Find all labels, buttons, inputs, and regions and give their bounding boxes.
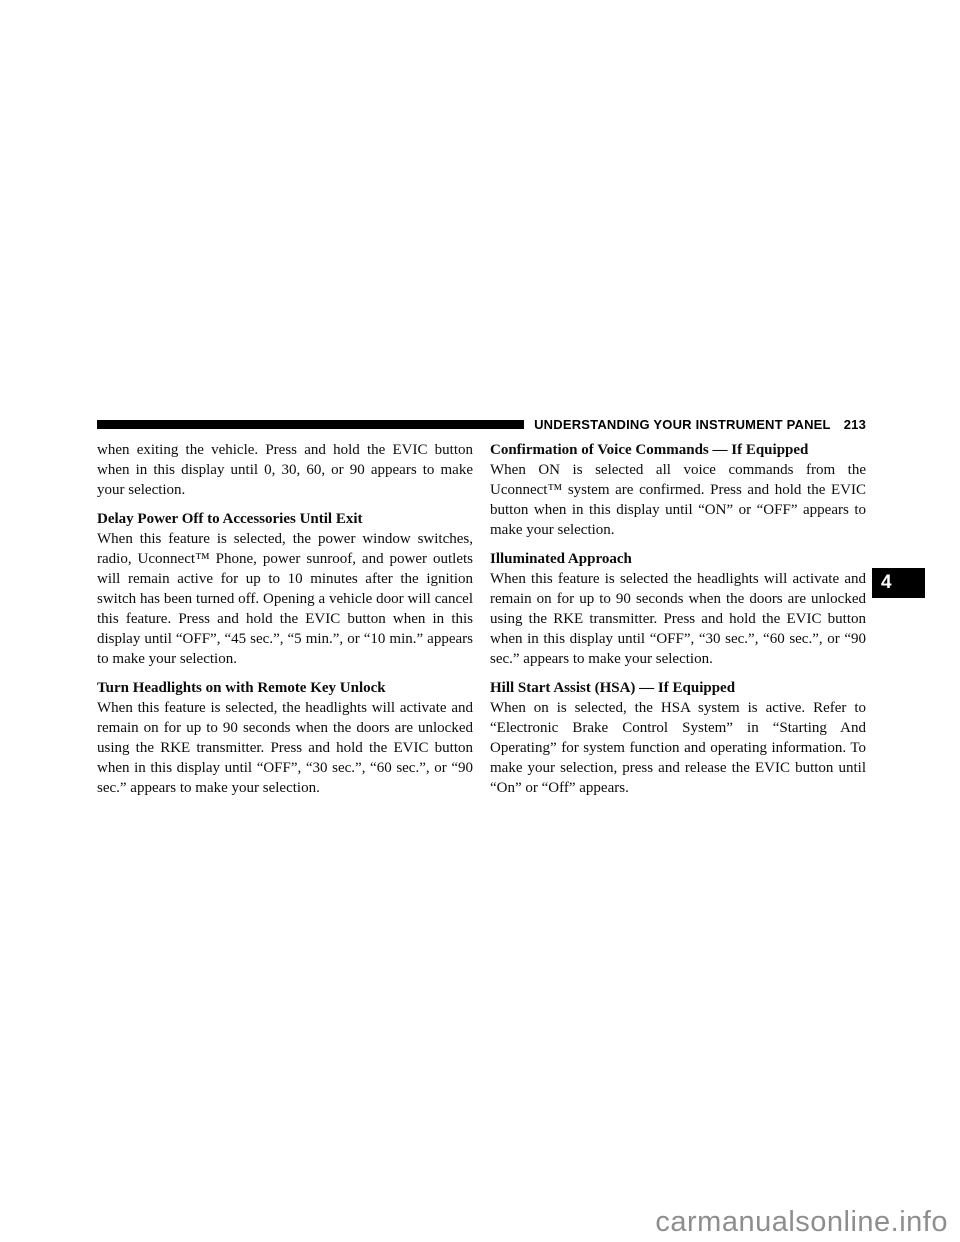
section-heading: Hill Start Assist (HSA) — If Equipped: [490, 678, 866, 698]
right-column: Confirmation of Voice Commands — If Equi…: [490, 440, 866, 798]
page-header: UNDERSTANDING YOUR INSTRUMENT PANEL 213: [97, 417, 866, 432]
paragraph: When this feature is selected the headli…: [490, 569, 866, 669]
chapter-tab-number: 4: [881, 572, 892, 594]
left-column: when exiting the vehicle. Press and hold…: [97, 440, 473, 798]
paragraph: When on is selected, the HSA system is a…: [490, 698, 866, 798]
header-title: UNDERSTANDING YOUR INSTRUMENT PANEL: [534, 417, 831, 432]
section-heading: Illuminated Approach: [490, 549, 866, 569]
manual-page: UNDERSTANDING YOUR INSTRUMENT PANEL 213 …: [0, 0, 960, 1242]
page-number: 213: [844, 417, 866, 432]
paragraph: When this feature is selected, the headl…: [97, 698, 473, 798]
paragraph: When this feature is selected, the power…: [97, 529, 473, 669]
watermark: carmanualsonline.info: [655, 1206, 948, 1239]
text-columns: when exiting the vehicle. Press and hold…: [97, 440, 866, 798]
section-heading: Turn Headlights on with Remote Key Unloc…: [97, 678, 473, 698]
chapter-tab: 4: [872, 568, 925, 598]
paragraph-continuation: when exiting the vehicle. Press and hold…: [97, 440, 473, 500]
paragraph: When ON is selected all voice commands f…: [490, 460, 866, 540]
header-rule: [97, 420, 524, 429]
section-heading: Confirmation of Voice Commands — If Equi…: [490, 440, 866, 460]
section-heading: Delay Power Off to Accessories Until Exi…: [97, 509, 473, 529]
